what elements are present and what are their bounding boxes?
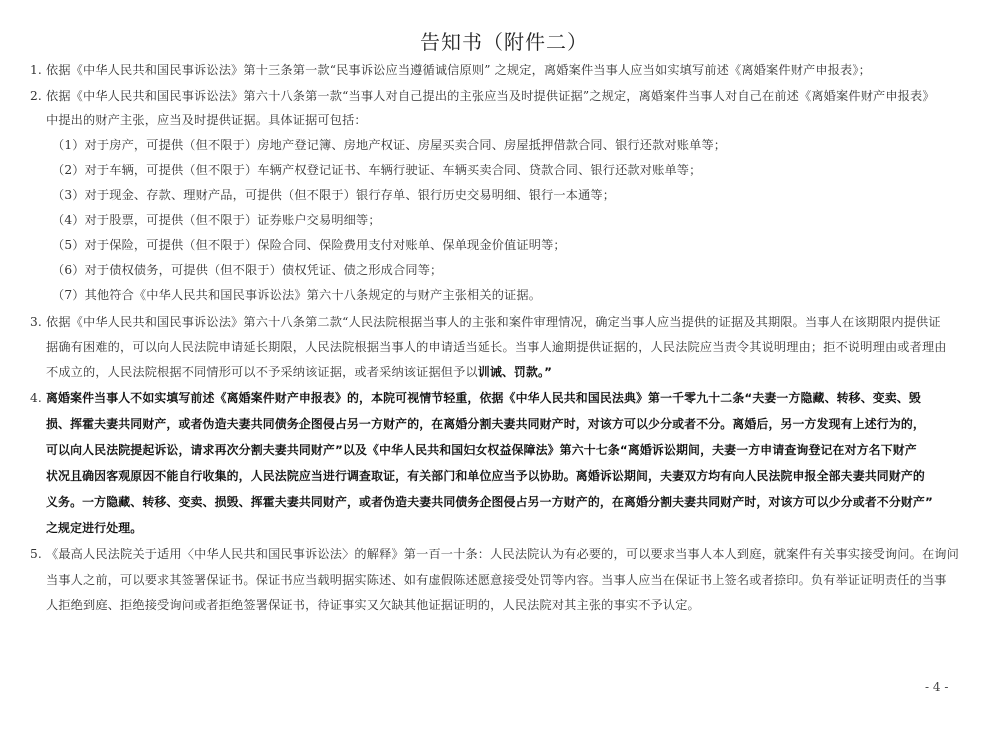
item-text: 依据《中华人民共和国民事诉讼法》第六十八条第一款“当事人对自己提出的主张应当及时… — [46, 89, 935, 103]
item-2-continued: 中提出的财产主张，应当及时提供证据。具体证据可包括： — [46, 112, 367, 128]
item-4-continued: 义务。一方隐藏、转移、变卖、损毁、挥霍夫妻共同财产，或者伪造夫妻共同债务企图侵占… — [46, 494, 933, 510]
subitem-1: （1）对于房产，可提供（但不限于）房地产登记簿、房地产权证、房屋买卖合同、房屋抵… — [52, 137, 726, 153]
item-1: 1.依据《中华人民共和国民事诉讼法》第十三条第一款“民事诉讼应当遵循诚信原则” … — [30, 62, 871, 78]
document-page: 告知书（附件二） 1.依据《中华人民共和国民事诉讼法》第十三条第一款“民事诉讼应… — [0, 0, 1008, 741]
item-4-continued: 之规定进行处理。 — [46, 520, 142, 536]
item-4: 4.离婚案件当事人不如实填写前述《离婚案件财产申报表》的，本院可视情节轻重，依据… — [30, 390, 921, 406]
item-text: 不成立的，人民法院根据不同情形可以不予采纳该证据，或者采纳该证据但予以 — [46, 365, 478, 379]
item-2: 2.依据《中华人民共和国民事诉讼法》第六十八条第一款“当事人对自己提出的主张应当… — [30, 88, 935, 104]
item-3: 3.依据《中华人民共和国民事诉讼法》第六十八条第二款“人民法院根据当事人的主张和… — [30, 314, 941, 330]
item-5-continued: 人拒绝到庭、拒绝接受询问或者拒绝签署保证书，待证事实又欠缺其他证据证明的，人民法… — [46, 597, 700, 613]
subitem-6: （6）对于债权债务，可提供（但不限于）债权凭证、债之形成合同等； — [52, 262, 442, 278]
subitem-4: （4）对于股票，可提供（但不限于）证券账户交易明细等； — [52, 212, 381, 228]
item-text: 依据《中华人民共和国民事诉讼法》第十三条第一款“民事诉讼应当遵循诚信原则” 之规… — [46, 63, 871, 77]
subitem-7: （7）其他符合《中华人民共和国民事诉讼法》第六十八条规定的与财产主张相关的证据。 — [52, 287, 541, 303]
page-title: 告知书（附件二） — [0, 26, 1008, 55]
item-number: 1. — [30, 62, 46, 78]
item-5-continued: 当事人之前，可以要求其签署保证书。保证书应当载明据实陈述、如有虚假陈述愿意接受处… — [46, 572, 947, 588]
item-number: 5. — [30, 546, 46, 562]
item-4-continued: 状况且确因客观原因不能自行收集的，人民法院应当进行调查取证，有关部门和单位应当予… — [46, 468, 925, 484]
item-5: 5.《最高人民法院关于适用〈中华人民共和国民事诉讼法〉的解释》第一百一十条：人民… — [30, 546, 959, 562]
item-number: 3. — [30, 314, 46, 330]
item-text-emphasis: 训诫、罚款。” — [478, 365, 552, 379]
item-text: 《最高人民法院关于适用〈中华人民共和国民事诉讼法〉的解释》第一百一十条：人民法院… — [46, 547, 959, 561]
page-number: - 4 - — [925, 680, 948, 694]
item-3-continued: 据确有困难的，可以向人民法院申请延长期限，人民法院根据当事人的申请适当延长。当事… — [46, 339, 947, 355]
item-number: 2. — [30, 88, 46, 104]
item-4-continued: 可以向人民法院提起诉讼，请求再次分割夫妻共同财产”以及《中华人民共和国妇女权益保… — [46, 442, 917, 458]
subitem-2: （2）对于车辆，可提供（但不限于）车辆产权登记证书、车辆行驶证、车辆买卖合同、贷… — [52, 162, 701, 178]
item-text: 离婚案件当事人不如实填写前述《离婚案件财产申报表》的，本院可视情节轻重，依据《中… — [46, 391, 921, 405]
subitem-5: （5）对于保险，可提供（但不限于）保险合同、保险费用支付对账单、保单现金价值证明… — [52, 237, 566, 253]
item-4-continued: 损、挥霍夫妻共同财产，或者伪造夫妻共同债务企图侵占另一方财产的，在离婚分割夫妻共… — [46, 416, 925, 432]
item-text: 依据《中华人民共和国民事诉讼法》第六十八条第二款“人民法院根据当事人的主张和案件… — [46, 315, 941, 329]
item-3-continued: 不成立的，人民法院根据不同情形可以不予采纳该证据，或者采纳该证据但予以训诫、罚款… — [46, 364, 552, 380]
item-number: 4. — [30, 390, 46, 406]
subitem-3: （3）对于现金、存款、理财产品，可提供（但不限于）银行存单、银行历史交易明细、银… — [52, 187, 615, 203]
